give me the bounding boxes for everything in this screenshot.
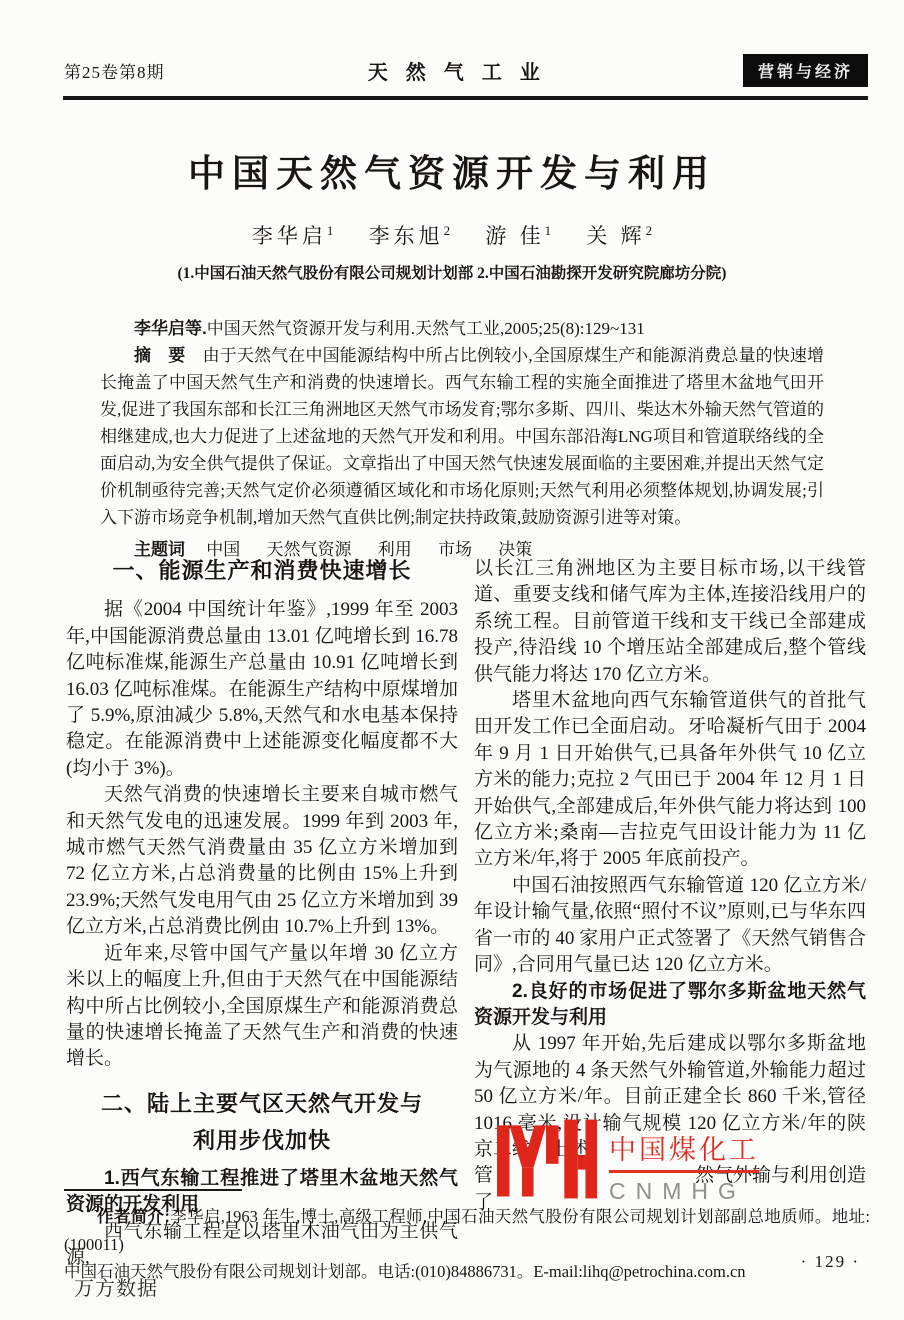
subsection-2-heading: 2.良好的市场促进了鄂尔多斯盆地天然气资源开发与利用 [474, 979, 866, 1032]
watermark-chinese-text: 中国煤化工 [609, 1128, 759, 1173]
author-1-affil-mark: 1 [327, 223, 334, 238]
abstract-paragraph: 摘 要 由于天然气在中国能源结构中所占比例较小,全国原煤生产和能源消费总量的快速… [100, 342, 824, 531]
footnote-divider [64, 1189, 242, 1191]
author-4-affil-mark: 2 [646, 223, 653, 238]
cnmhg-logo-icon [497, 1118, 597, 1200]
issue-label: 第25卷第8期 [64, 58, 165, 83]
abstract-block: 李华启等.中国天然气资源开发与利用.天然气工业,2005;25(8):129~1… [100, 315, 824, 563]
page-number: · 129 · [801, 1252, 860, 1272]
author-line: 李华启1 李东旭2 游 佳1 关 辉2 [0, 220, 904, 250]
article-title: 中国天然气资源开发与利用 [0, 143, 904, 197]
author-3-affil-mark: 1 [545, 223, 552, 238]
paragraph: 近年来,尽管中国气产量以年增 30 亿立方米以上的幅度上升,但由于天然气在中国能… [66, 941, 458, 1073]
page-header: 第25卷第8期 天然气工业 营销与经济 [64, 52, 868, 88]
paragraph: 中国石油按照西气东输管道 120 亿立方米/年设计输气量,依照“照付不议”原则,… [474, 873, 866, 979]
abstract-label: 摘 要 [134, 346, 185, 365]
affiliation: (1.中国石油天然气股份有限公司规划计划部 2.中国石油勘探开发研究院廊坊分院) [0, 261, 904, 283]
citation-text: 中国天然气资源开发与利用.天然气工业,2005;25(8):129~131 [207, 319, 645, 338]
left-column: 一、能源生产和消费快速增长 据《2004 中国统计年鉴》,1999 年至 200… [66, 556, 458, 1271]
author-3: 游 佳1 [485, 224, 551, 248]
column-badge: 营销与经济 [743, 54, 868, 87]
paragraph: 塔里木盆地向西气东输管道供气的首批气田开发工作已全面启动。牙哈凝析气田于 200… [474, 688, 866, 873]
paragraph: 以长江三角洲地区为主要目标市场,以干线管道、重要支线和储气库为主体,连接沿线用户… [474, 556, 866, 688]
citation-line: 李华启等.中国天然气资源开发与利用.天然气工业,2005;25(8):129~1… [100, 315, 824, 342]
citation-author: 李华启等. [134, 319, 207, 338]
paragraph: 据《2004 中国统计年鉴》,1999 年至 2003 年,中国能源消费总量由 … [66, 597, 458, 782]
section-2-heading: 二、陆上主要气区天然气开发与 利用步伐加快 [66, 1085, 458, 1159]
bio-label: 作者简介: [97, 1208, 170, 1226]
header-divider [63, 96, 868, 100]
author-bio: 作者简介:李华启,1963 年生,博士,高级工程师,中国石油天然气股份有限公司规… [64, 1203, 870, 1285]
author-2-affil-mark: 2 [444, 223, 451, 238]
section-1-heading: 一、能源生产和消费快速增长 [66, 558, 458, 584]
author-4: 关 辉2 [586, 224, 652, 248]
author-1: 李华启1 [252, 224, 334, 248]
abstract-text: 由于天然气在中国能源结构中所占比例较小,全国原煤生产和能源消费总量的快速增长掩盖… [100, 346, 824, 527]
wanfang-scanner-mark: 万方数据 [74, 1272, 158, 1301]
author-2: 李东旭2 [369, 224, 451, 248]
cnmhg-watermark: 中国煤化工 CNMHG [497, 1118, 827, 1205]
watermark-latin-text: CNMHG [609, 1178, 759, 1205]
journal-title: 天然气工业 [350, 56, 558, 85]
paragraph: 天然气消费的快速增长主要来自城市燃气和天然气发电的迅速发展。1999 年到 20… [66, 782, 458, 940]
